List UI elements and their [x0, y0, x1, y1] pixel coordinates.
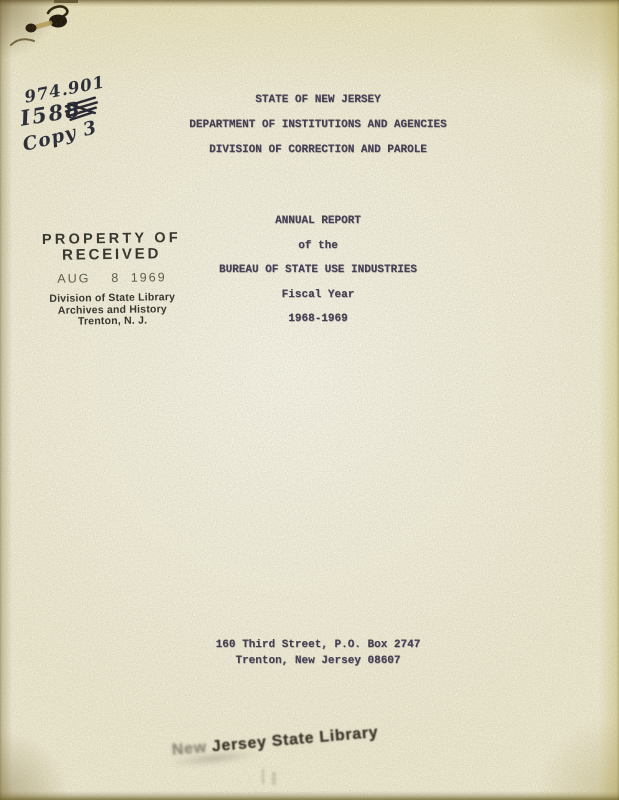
staple-damage-marks [0, 0, 130, 60]
address-line-street: 160 Third Street, P.O. Box 2747 [216, 638, 421, 654]
header-line-department: DEPARTMENT OF INSTITUTIONS AND AGENCIES [189, 113, 446, 138]
title-line-annual-report: ANNUAL REPORT [219, 209, 417, 234]
paper-crease-mark [262, 769, 268, 784]
header-line-state: STATE OF NEW JERSEY [189, 88, 446, 113]
address-block: 160 Third Street, P.O. Box 2747 Trenton,… [216, 638, 421, 669]
title-line-fiscal-year: Fiscal Year [219, 283, 417, 308]
agency-header: STATE OF NEW JERSEY DEPARTMENT OF INSTIT… [189, 88, 446, 163]
scanned-report-cover: 974.901 I588 Copy 3 STATE OF NEW JERSEY … [0, 0, 619, 800]
stamp-org-line-3: Trenton, N. J. [15, 315, 211, 329]
address-line-city: Trenton, New Jersey 08607 [216, 654, 421, 670]
report-title-block: ANNUAL REPORT of the BUREAU OF STATE USE… [219, 209, 417, 332]
stamp-received-text: RECEIVED [14, 246, 210, 264]
stamp-clear-words: Jersey State Library [206, 724, 379, 756]
title-line-of-the: of the [219, 234, 417, 259]
library-received-stamp: PROPERTY OF RECEIVED AUG 8 1969 Division… [13, 231, 210, 330]
header-line-division: DIVISION OF CORRECTION AND PAROLE [189, 138, 446, 163]
state-library-stamp: New Jersey State Library [171, 724, 379, 760]
title-line-years: 1968-1969 [219, 307, 417, 332]
title-line-bureau: BUREAU OF STATE USE INDUSTRIES [219, 258, 417, 283]
stamp-date: AUG 8 1969 [14, 271, 210, 287]
stamp-faded-word: New [171, 739, 207, 759]
